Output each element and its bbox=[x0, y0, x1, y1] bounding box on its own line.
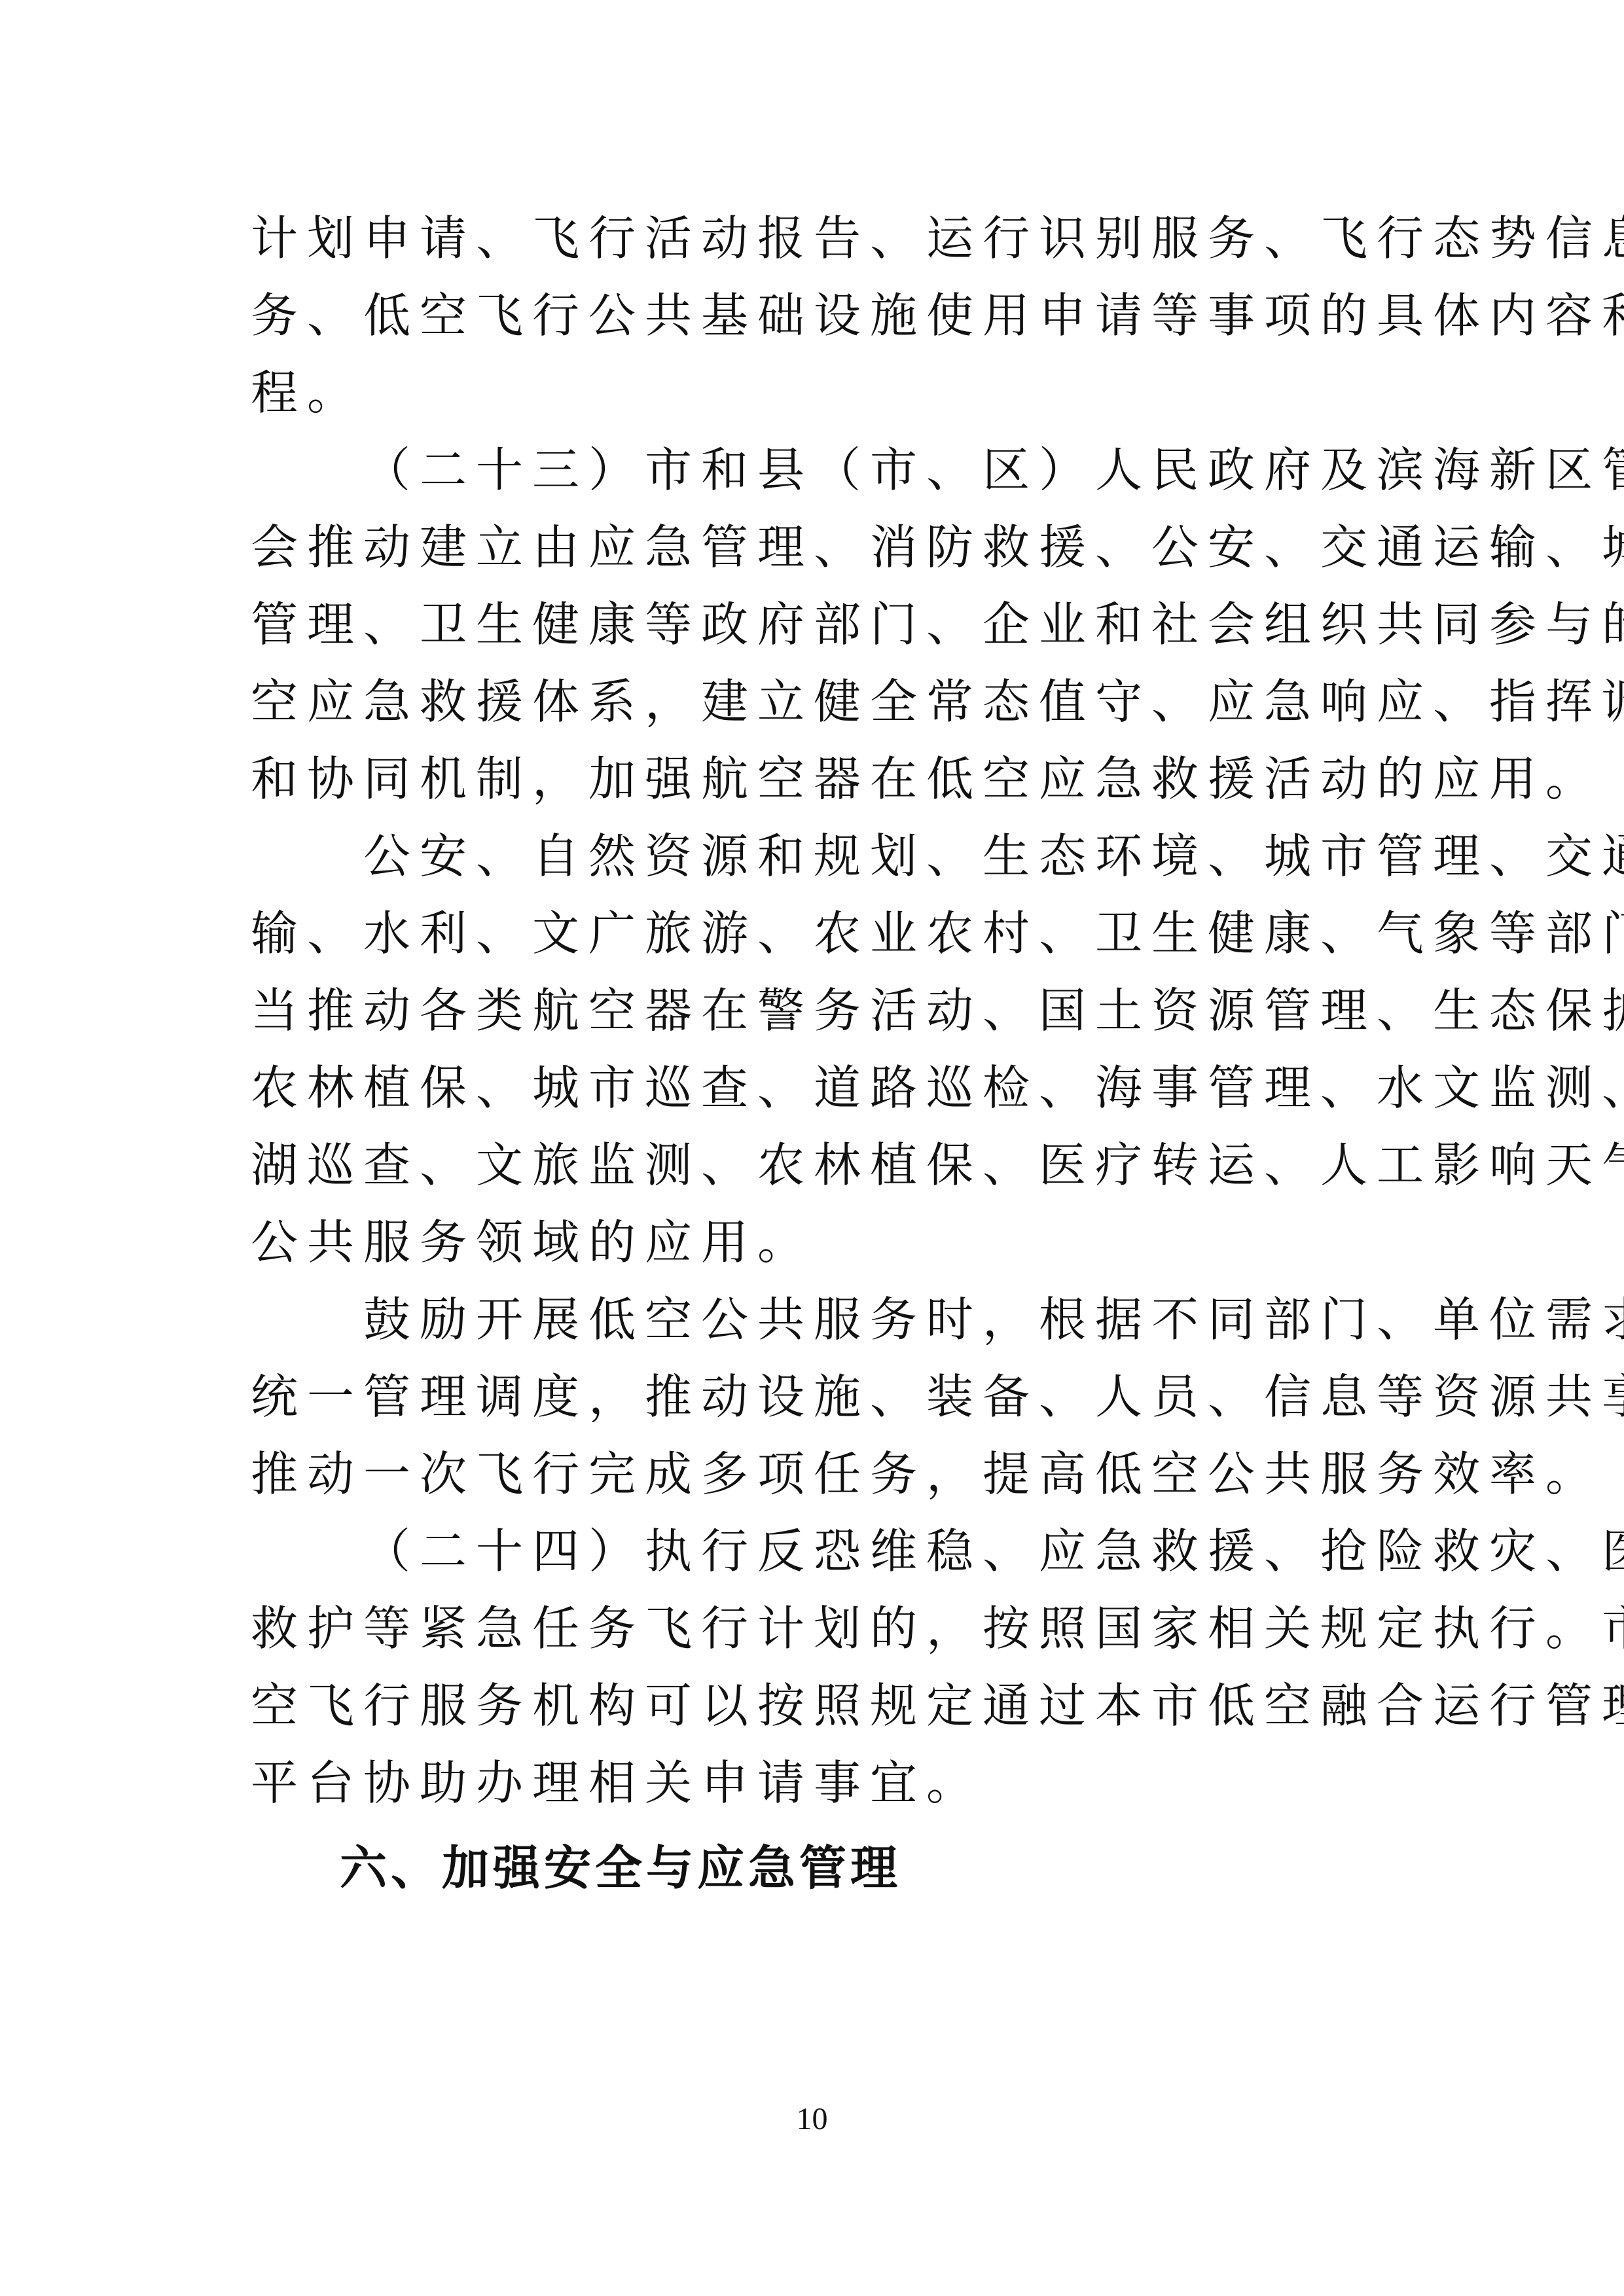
text-line: （二十四）执行反恐维稳、应急救援、抢险救灾、医疗 bbox=[251, 1513, 1388, 1590]
text-line: 会推动建立由应急管理、消防救援、公安、交通运输、城市 bbox=[251, 509, 1388, 586]
text-line: 空应急救援体系，建立健全常态值守、应急响应、指挥调度 bbox=[251, 663, 1388, 740]
text-line: 推动一次飞行完成多项任务，提高低空公共服务效率。 bbox=[251, 1435, 1388, 1513]
text-line: 程。 bbox=[251, 354, 1388, 431]
text-line: 计划申请、飞行活动报告、运行识别服务、飞行态势信息服 bbox=[251, 200, 1388, 277]
paragraph-continuation: 计划申请、飞行活动报告、运行识别服务、飞行态势信息服 务、低空飞行公共基础设施使… bbox=[251, 200, 1388, 431]
text-line: 鼓励开展低空公共服务时，根据不同部门、单位需求， bbox=[251, 1281, 1388, 1358]
text-line: 和协同机制，加强航空器在低空应急救援活动的应用。 bbox=[251, 740, 1388, 817]
text-line: 公共服务领域的应用。 bbox=[251, 1204, 1388, 1281]
paragraph-encourage: 鼓励开展低空公共服务时，根据不同部门、单位需求， 统一管理调度，推动设施、装备、… bbox=[251, 1281, 1388, 1513]
text-line: 空飞行服务机构可以按照规定通过本市低空融合运行管理 bbox=[251, 1667, 1388, 1744]
text-line: （二十三）市和县（市、区）人民政府及滨海新区管委 bbox=[251, 431, 1388, 509]
text-line: 务、低空飞行公共基础设施使用申请等事项的具体内容和流 bbox=[251, 277, 1388, 354]
section-heading: 六、加强安全与应急管理 bbox=[251, 1829, 1388, 1907]
page-number: 10 bbox=[0, 2101, 1624, 2137]
paragraph-article-24: （二十四）执行反恐维稳、应急救援、抢险救灾、医疗 救护等紧急任务飞行计划的，按照… bbox=[251, 1513, 1388, 1821]
text-line: 统一管理调度，推动设施、装备、人员、信息等资源共享， bbox=[251, 1358, 1388, 1435]
text-line: 输、水利、文广旅游、农业农村、卫生健康、气象等部门应 bbox=[251, 895, 1388, 972]
paragraph-article-23: （二十三）市和县（市、区）人民政府及滨海新区管委 会推动建立由应急管理、消防救援… bbox=[251, 431, 1388, 817]
text-line: 平台协助办理相关申请事宜。 bbox=[251, 1744, 1388, 1821]
paragraph-departments: 公安、自然资源和规划、生态环境、城市管理、交通运 输、水利、文广旅游、农业农村、… bbox=[251, 817, 1388, 1281]
text-line: 当推动各类航空器在警务活动、国土资源管理、生态保护、 bbox=[251, 972, 1388, 1049]
document-page: 计划申请、飞行活动报告、运行识别服务、飞行态势信息服 务、低空飞行公共基础设施使… bbox=[0, 0, 1624, 2296]
text-line: 农林植保、城市巡查、道路巡检、海事管理、水文监测、河 bbox=[251, 1049, 1388, 1126]
body-text: 计划申请、飞行活动报告、运行识别服务、飞行态势信息服 务、低空飞行公共基础设施使… bbox=[251, 200, 1388, 1907]
text-line: 管理、卫生健康等政府部门、企业和社会组织共同参与的航 bbox=[251, 586, 1388, 663]
text-line: 救护等紧急任务飞行计划的，按照国家相关规定执行。市低 bbox=[251, 1590, 1388, 1667]
text-line: 公安、自然资源和规划、生态环境、城市管理、交通运 bbox=[251, 817, 1388, 895]
text-line: 湖巡查、文旅监测、农林植保、医疗转运、人工影响天气等 bbox=[251, 1126, 1388, 1204]
